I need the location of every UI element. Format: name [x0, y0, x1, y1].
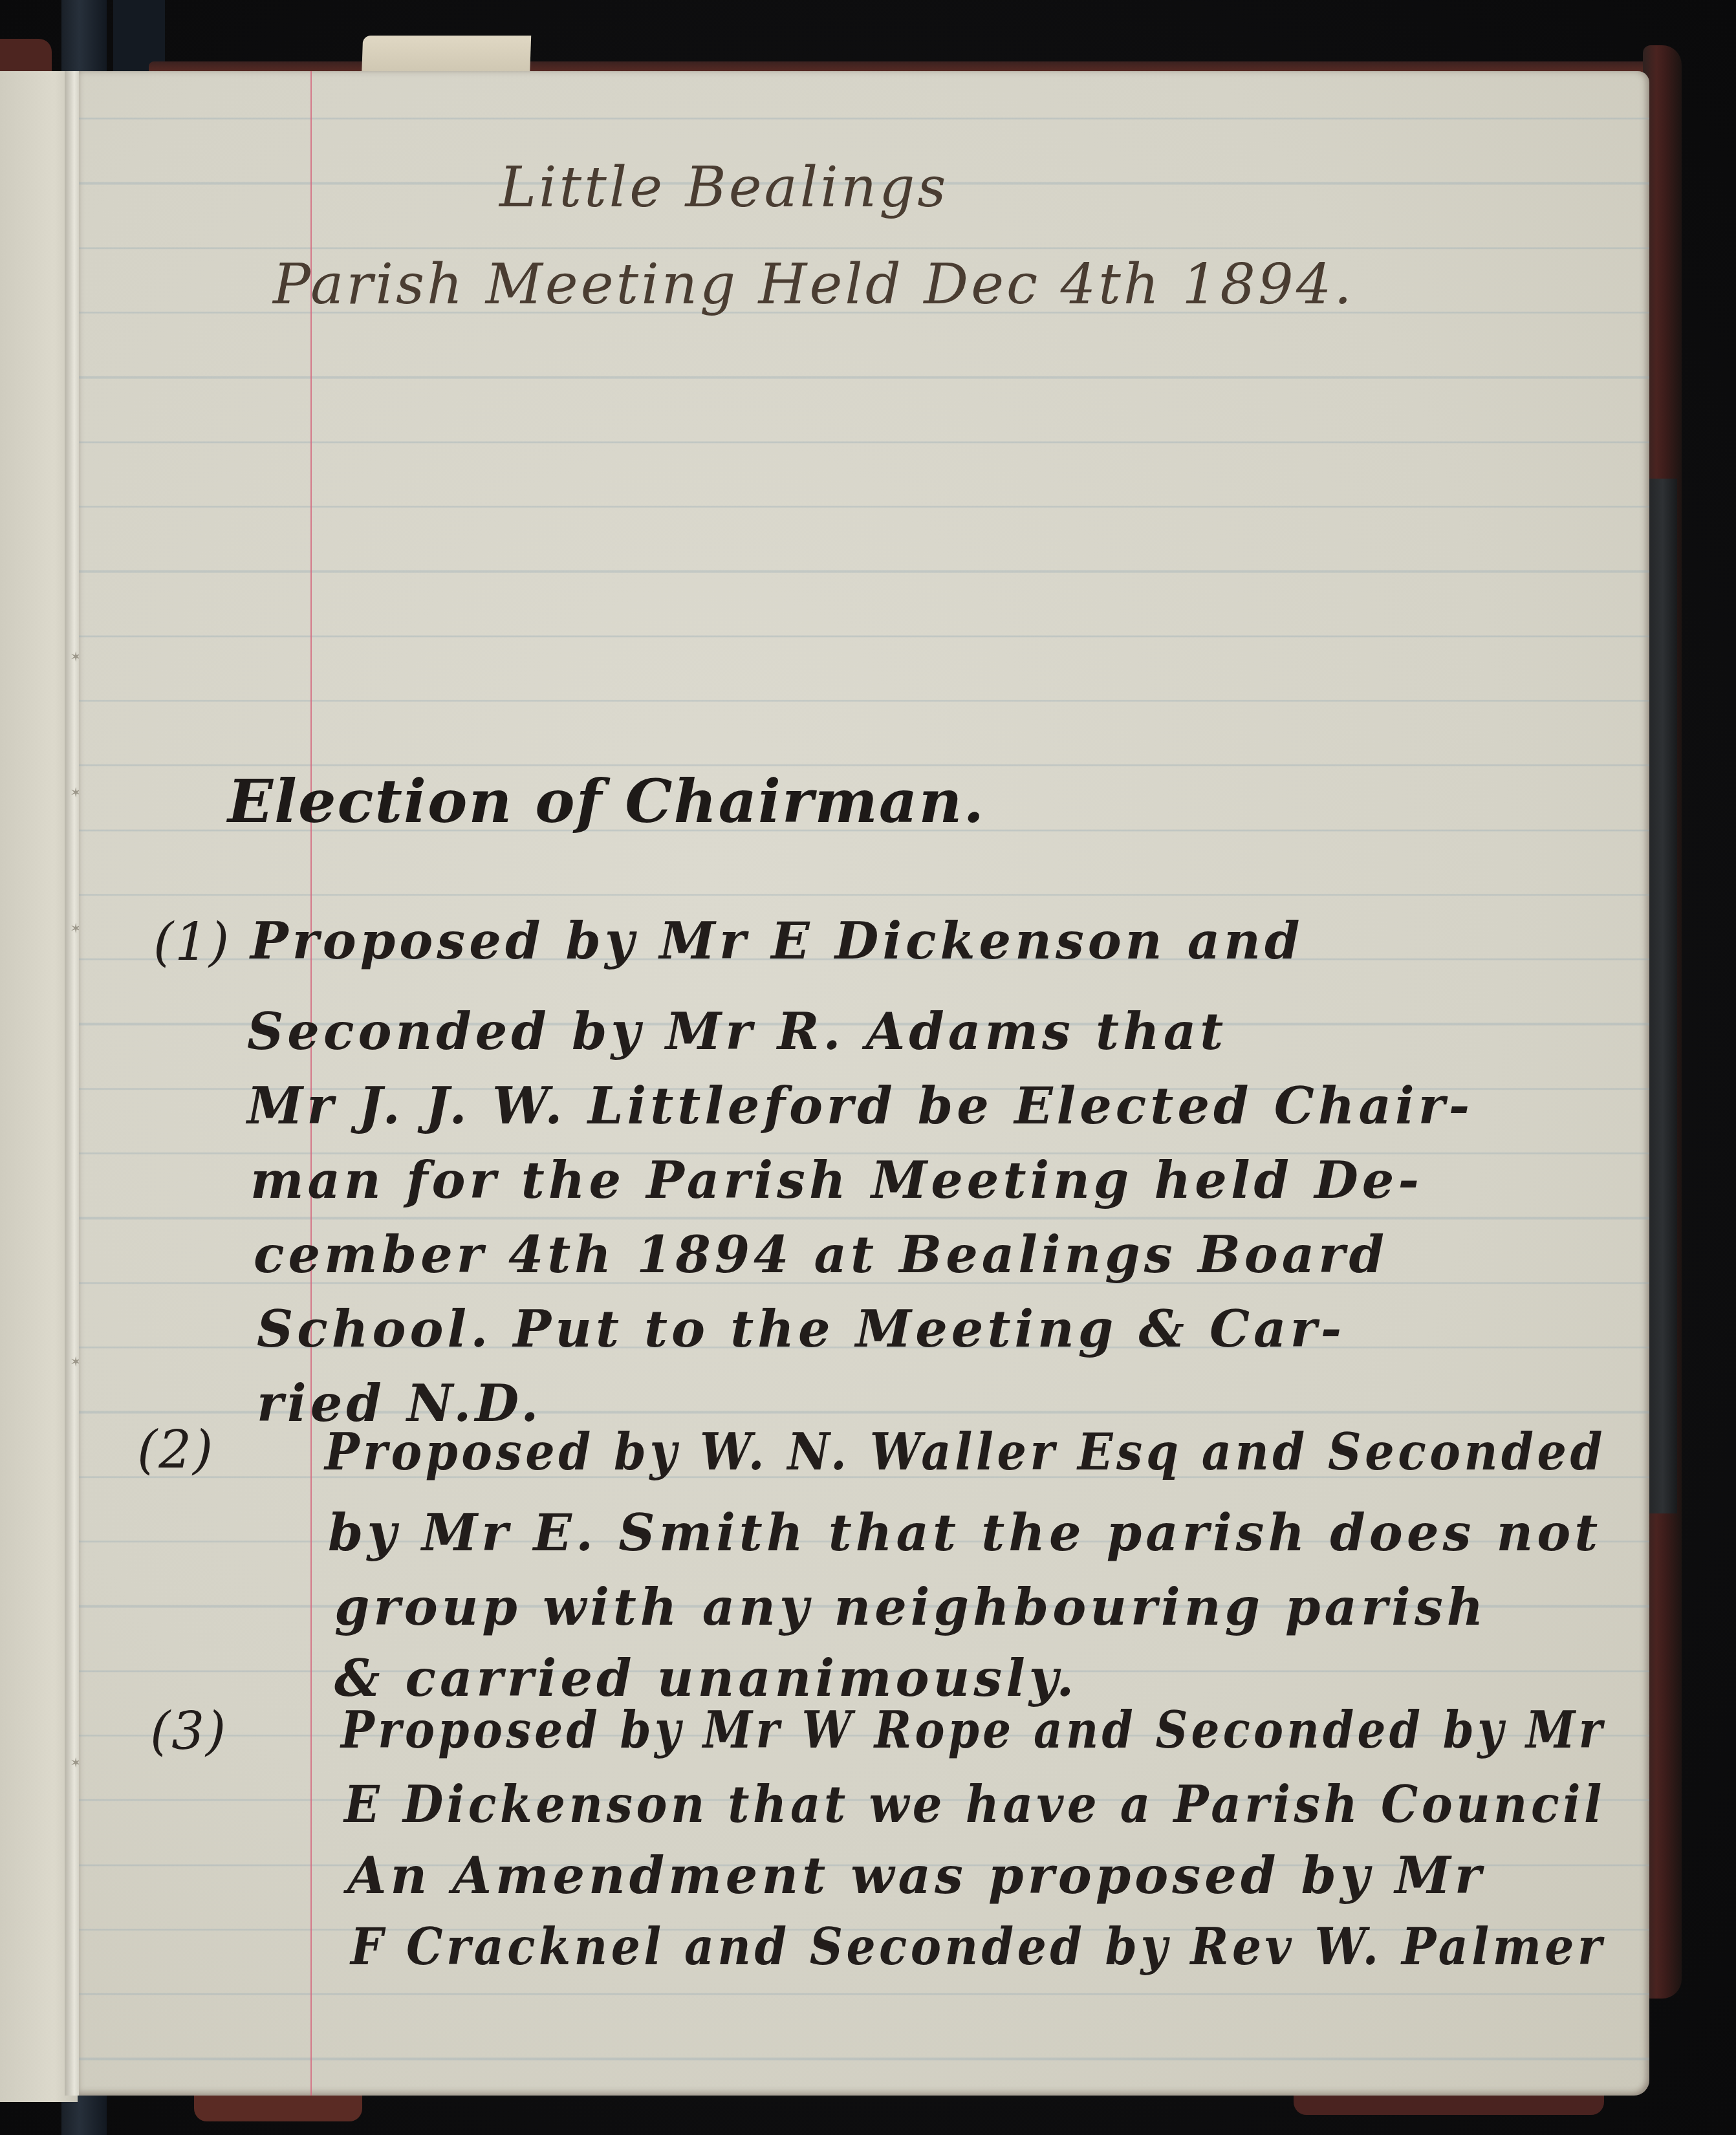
- entry-line: Mr J. J. W. Littleford be Elected Chair-: [247, 1077, 1473, 1136]
- binding-stitch-icon: ✶: [70, 1759, 79, 1768]
- binding-stitch-icon: ✶: [70, 653, 79, 662]
- entry-line: group with any neighbouring parish: [334, 1578, 1488, 1637]
- binding-stitch-icon: ✶: [70, 789, 79, 798]
- manuscript-page: Little Bealings Parish Meeting Held Dec …: [79, 71, 1649, 2096]
- entry-number: (2): [137, 1420, 214, 1480]
- entry-line: F Cracknel and Seconded by Rev W. Palmer: [351, 1918, 1605, 1977]
- entry-line: man for the Parish Meeting held De-: [250, 1151, 1423, 1210]
- entry-line: cember 4th 1894 at Bealings Board: [254, 1226, 1388, 1284]
- entry-line: Proposed by Mr E Dickenson and: [250, 912, 1304, 971]
- binding-stitch-icon: ✶: [70, 925, 79, 934]
- book-spine-repair: [1648, 479, 1677, 1513]
- title-meeting-date: Parish Meeting Held Dec 4th 1894.: [273, 252, 1354, 317]
- entry-line: An Amendment was proposed by Mr: [347, 1847, 1485, 1905]
- entry-line: E Dickenson that we have a Parish Counci…: [344, 1775, 1605, 1834]
- entry-line: Seconded by Mr R. Adams that: [247, 1002, 1227, 1061]
- entry-line: & carried unanimously.: [334, 1649, 1078, 1708]
- entry-line: by Mr E. Smith that the parish does not: [328, 1504, 1601, 1563]
- entry-line: School. Put to the Meeting & Car-: [257, 1300, 1345, 1359]
- section-heading: Election of Chairman.: [228, 766, 985, 836]
- entry-line: Proposed by Mr W Rope and Seconded by Mr: [341, 1701, 1605, 1760]
- binding-stitch-icon: ✶: [70, 1358, 79, 1367]
- entry-number: (1): [153, 912, 230, 972]
- entry-number: (3): [150, 1701, 227, 1761]
- title-place: Little Bealings: [499, 155, 948, 220]
- entry-line: Proposed by W. N. Waller Esq and Seconde…: [325, 1423, 1606, 1482]
